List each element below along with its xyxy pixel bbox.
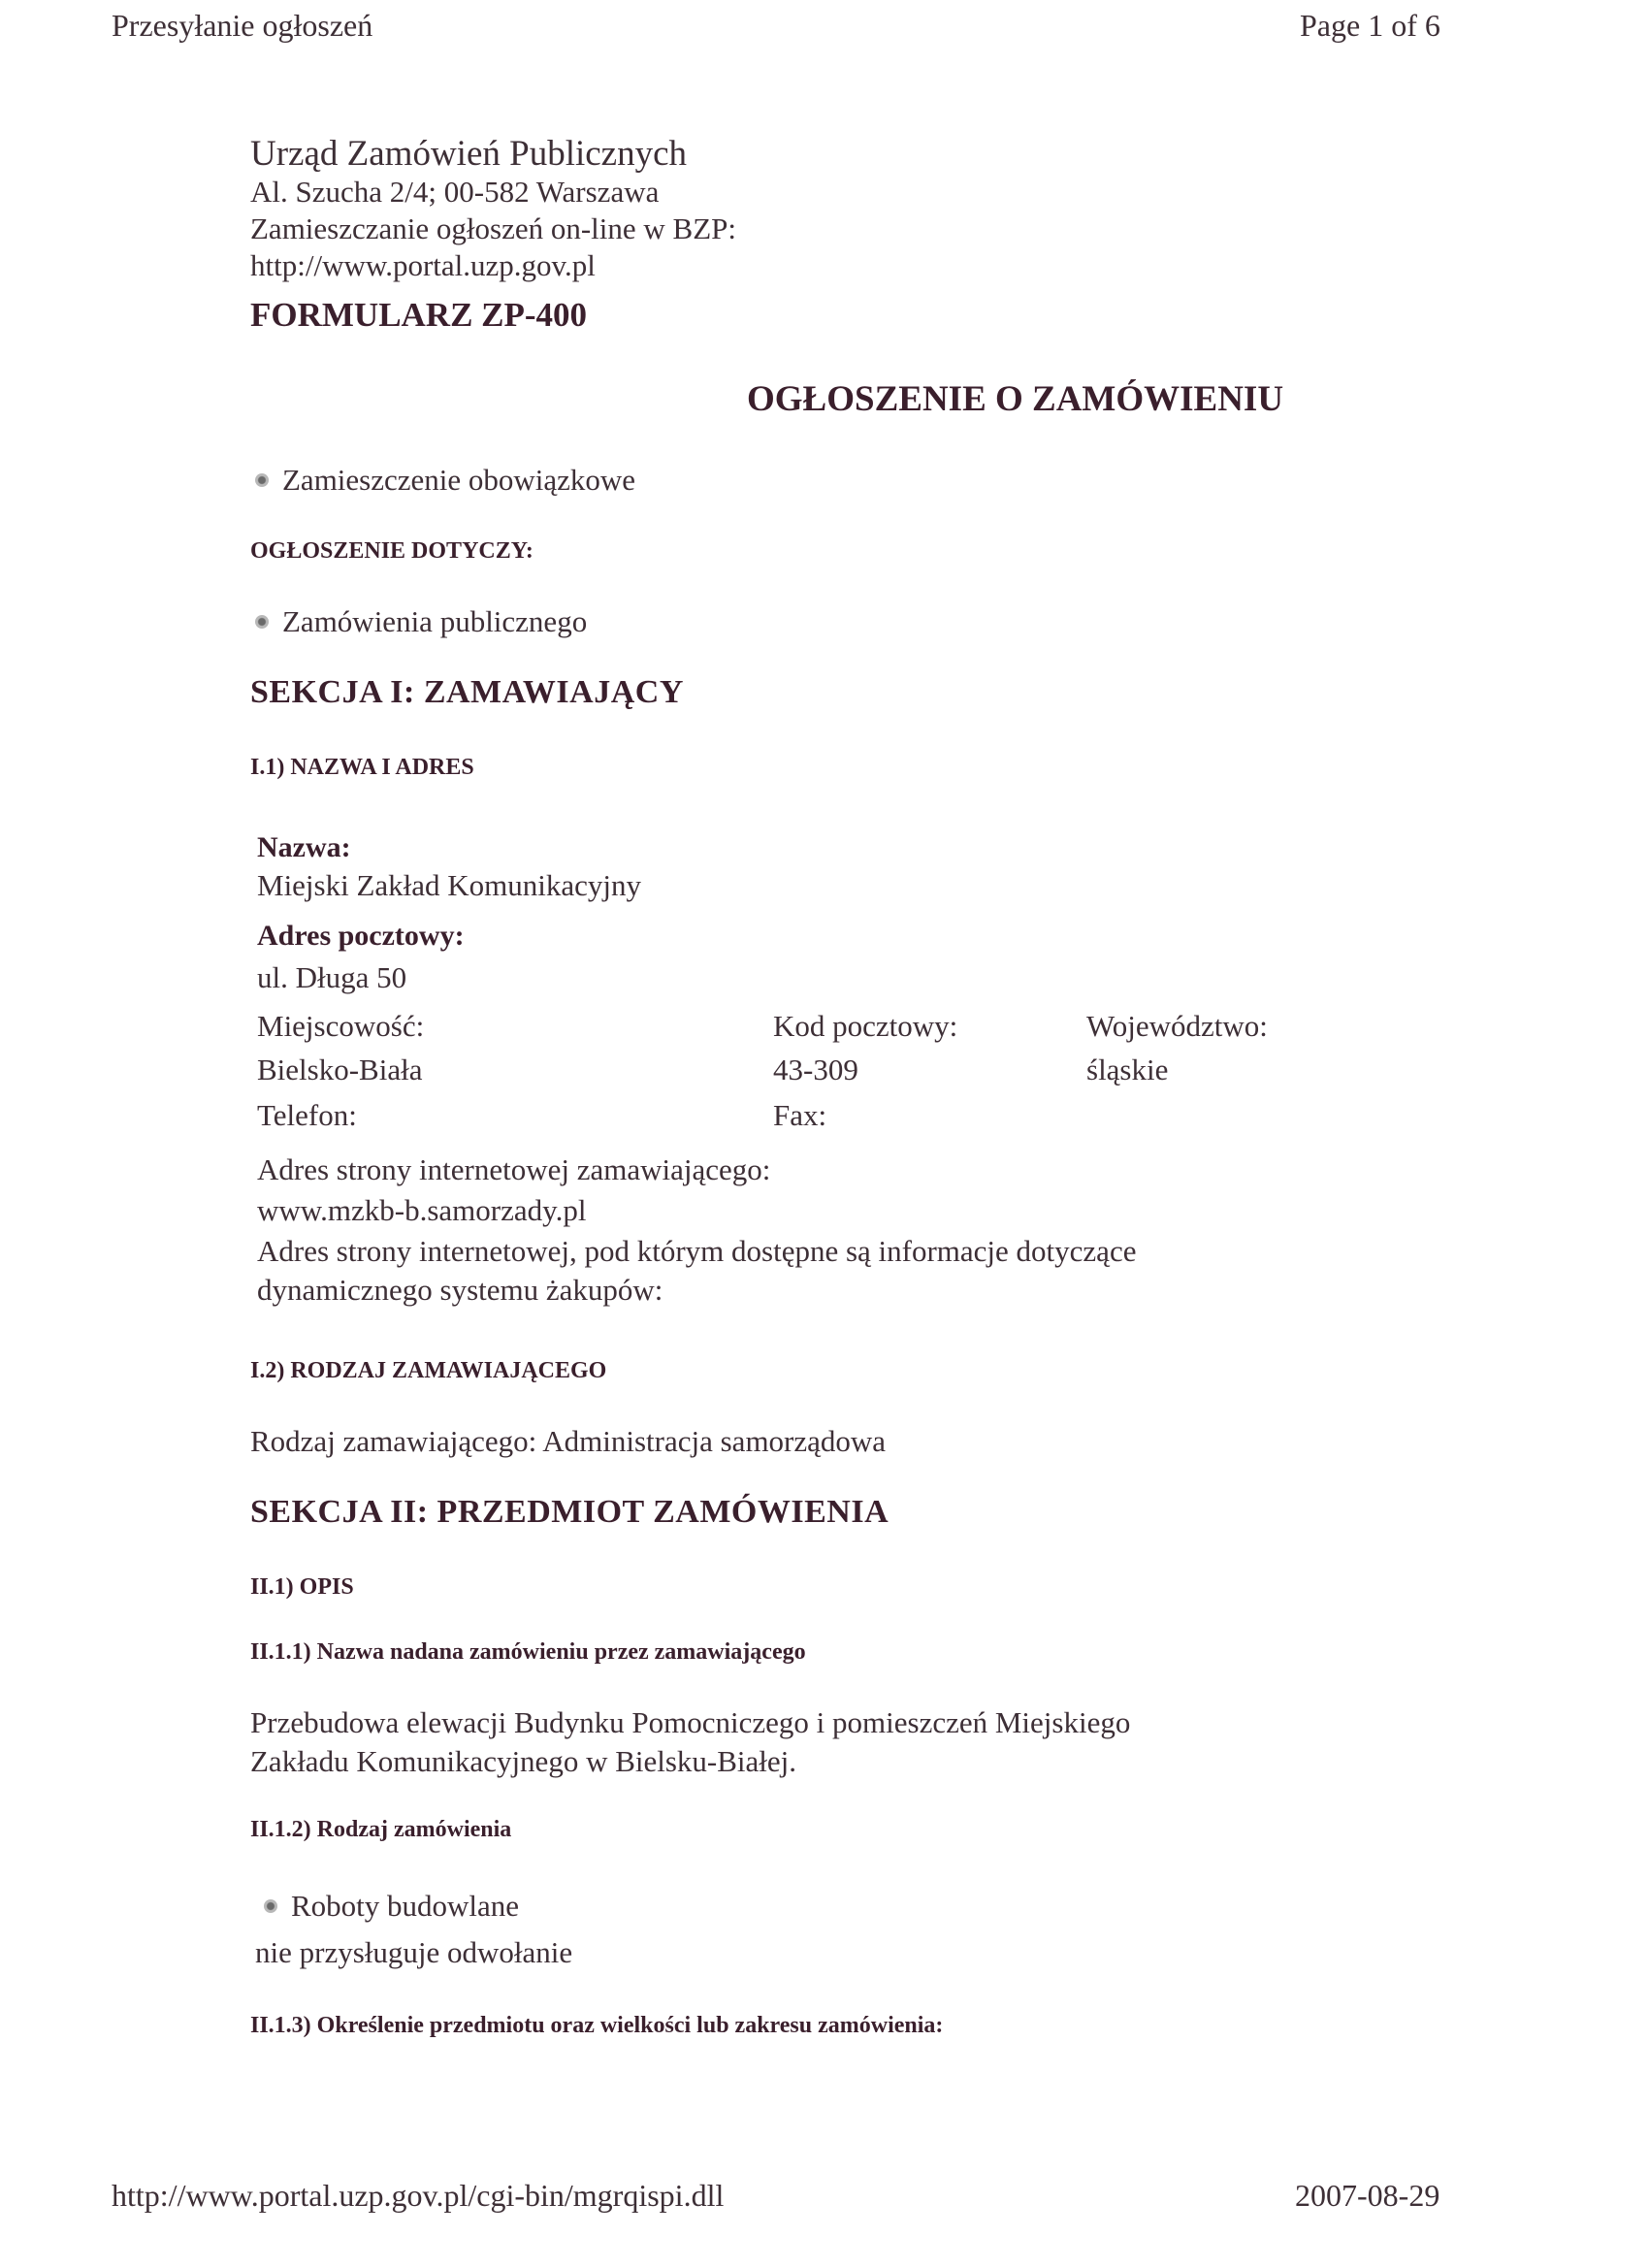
contracting-authority-type: Rodzaj zamawiającego: Administracja samo…: [250, 1424, 886, 1459]
issuer-name: Urząd Zamówień Publicznych: [250, 136, 687, 172]
dps-label-line2: dynamicznego systemu żakupów:: [257, 1273, 663, 1308]
section1-sub2-heading: I.2) RODZAJ ZAMAWIAJĄCEGO: [250, 1358, 606, 1384]
zip-value: 43-309: [773, 1053, 858, 1087]
city-value: Bielsko-Biała: [257, 1053, 422, 1087]
contract-name-line2: Zakładu Komunikacyjnego w Bielsku-Białej…: [250, 1744, 796, 1779]
contract-name-heading: II.1.1) Nazwa nadana zamówieniu przez za…: [250, 1639, 806, 1666]
page-header-title: Przesyłanie ogłoszeń: [112, 8, 372, 44]
contract-type-option-label: Roboty budowlane: [291, 1889, 519, 1924]
contract-type-heading: II.1.2) Rodzaj zamówienia: [250, 1817, 511, 1843]
region-label: Województwo:: [1086, 1009, 1268, 1044]
notice-concerns-heading: OGŁOSZENIE DOTYCZY:: [250, 538, 533, 565]
form-id: FORMULARZ ZP-400: [250, 296, 587, 335]
zip-label: Kod pocztowy:: [773, 1009, 957, 1044]
page-footer-url: http://www.portal.uzp.gov.pl/cgi-bin/mgr…: [112, 2178, 724, 2214]
section2-title: SEKCJA II: PRZEDMIOT ZAMÓWIENIA: [250, 1494, 889, 1531]
website-value[interactable]: www.mzkb-b.samorzady.pl: [257, 1193, 586, 1228]
name-value: Miejski Zakład Komunikacyjny: [257, 868, 641, 903]
issuer-online-info: Zamieszczanie ogłoszeń on-line w BZP:: [250, 211, 736, 246]
postal-label: Adres pocztowy:: [257, 920, 465, 953]
section1-title: SEKCJA I: ZAMAWIAJĄCY: [250, 674, 684, 711]
contract-name-line1: Przebudowa elewacji Budynku Pomocniczego…: [250, 1705, 1130, 1740]
issuer-url[interactable]: http://www.portal.uzp.gov.pl: [250, 248, 596, 283]
notice-title: OGŁOSZENIE O ZAMÓWIENIU: [747, 378, 1283, 420]
website-label: Adres strony internetowej zamawiającego:: [257, 1152, 770, 1187]
postal-value: ul. Długa 50: [257, 960, 406, 995]
section2-sub1-heading: II.1) OPIS: [250, 1574, 354, 1601]
publication-option[interactable]: Zamieszczenie obowiązkowe: [255, 463, 635, 498]
appeal-note: nie przysługuje odwołanie: [255, 1935, 572, 1970]
dps-label-line1: Adres strony internetowej, pod którym do…: [257, 1234, 1136, 1269]
section1-sub1-heading: I.1) NAZWA I ADRES: [250, 755, 474, 781]
scope-heading: II.1.3) Określenie przedmiotu oraz wielk…: [250, 2013, 943, 2039]
radio-selected-icon[interactable]: [255, 473, 269, 487]
page-indicator: Page 1 of 6: [1300, 8, 1440, 44]
publication-option-label: Zamieszczenie obowiązkowe: [282, 463, 635, 498]
phone-label: Telefon:: [257, 1098, 357, 1133]
radio-selected-icon[interactable]: [264, 1899, 277, 1913]
notice-concerns-option[interactable]: Zamówienia publicznego: [255, 604, 587, 639]
page-footer-date: 2007-08-29: [1295, 2178, 1439, 2214]
fax-label: Fax:: [773, 1098, 826, 1133]
name-label: Nazwa:: [257, 831, 351, 864]
issuer-address: Al. Szucha 2/4; 00-582 Warszawa: [250, 175, 659, 210]
contract-type-option[interactable]: Roboty budowlane: [264, 1889, 519, 1924]
region-value: śląskie: [1086, 1053, 1168, 1087]
radio-selected-icon[interactable]: [255, 615, 269, 629]
city-label: Miejscowość:: [257, 1009, 424, 1044]
notice-concerns-option-label: Zamówienia publicznego: [282, 604, 587, 639]
